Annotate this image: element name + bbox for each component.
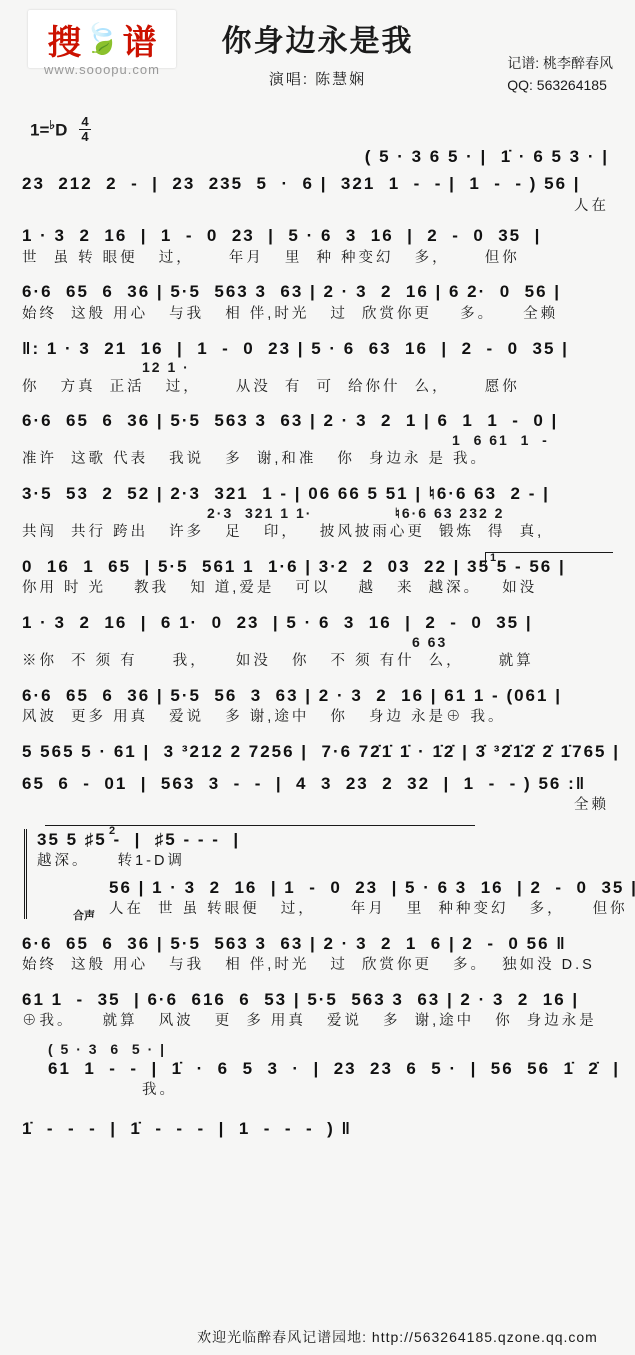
lyrics-row: 人在 世 虽 转眼便 过， 年月 里 种种变幻 多， 但你 [109,900,627,919]
notes-row: 56 | 1 · 3 2 16 | 1 - 0 23 | 5 · 6 3 16 … [109,877,627,898]
lyrics-row: 风波 更多 用真 爱说 多 谢,途中 你 身边 永是⊕ 我。 [22,708,627,727]
transcriber-qq: QQ: 563264185 [507,74,613,96]
harmony-label: 合声 [73,907,95,923]
notes-row: 1 · 3 2 16 | 6 1· 0 23 | 5 · 6 3 16 | 2 … [22,612,627,633]
second-voice-row: 6 63 [412,634,627,651]
notation-line: 5 565 5 · 61 | 3 ³212 2 7256 | 7·6 72̇1̇… [22,741,627,762]
lyrics-row: ⊕我。 就算 风波 更 多 用真 爱说 多 谢,途中 你 身边永是 [22,1012,627,1031]
leaf-icon: 🍃 [81,19,124,60]
notation-line: 23 212 2 - | 23 235 5 · 6 | 321 1 - - | … [22,173,627,215]
notes-row: 65 6 - 01 | 563 3 - - | 4 3 23 2 32 | 1 … [22,773,627,794]
notation-line: 1̇ - - - | 1̇ - - - | 1 - - - ) ‖ [22,1118,627,1139]
notes-row: ( 5 · 3 6 5 · | 1̇ · 6 5 3 · | [22,146,627,167]
logo-url: www.sooopu.com [28,62,176,77]
notes-row: 6·6 65 6 36 | 5·5 563 3 63 | 2 · 3 2 16 … [22,281,627,302]
lyrics-row: 世 虽 转 眼便 过， 年月 里 种 种变幻 多， 但你 [22,249,627,268]
notes-row: 61 1 - 35 | 6·6 616 6 53 | 5·5 563 3 63 … [22,989,627,1010]
lyrics-row: 你 方真 正活 过， 从没 有 可 给你什 么， 愿你 [22,378,627,397]
notes-row: ‖: 1 · 3 21 16 | 1 - 0 23 | 5 · 6 63 16 … [22,338,627,359]
lyrics-row: 始终 这般 用心 与我 相 伴,时光 过 欣赏你更 多。 全赖 [22,305,627,324]
lyrics-row: 准许 这歌 代表 我说 多 谢,和准 你 身边永 是 我。 [22,450,627,469]
notes-row: 61 1 - - | 1̇ · 6 5 3 · | 23 23 6 5 · | … [48,1058,627,1079]
second-voice-row: 2·3 321 1 1· ♮6·6 63 232 2 [207,505,627,522]
lyrics-row: 共闯 共行 跨出 许多 足 印， 披风披雨心更 锻炼 得 真, [22,523,627,542]
notation-line: 1 · 3 2 16 | 1 - 0 23 | 5 · 6 3 16 | 2 -… [22,225,627,267]
lyrics-row: 人在 [22,197,627,216]
logo-char-left: 搜 [47,15,81,64]
notation-line: ‖: 1 · 3 21 16 | 1 - 0 23 | 5 · 6 63 16 … [22,338,627,397]
notation-line: ( 5 · 3 6 5 · | 61 1 - - | 1̇ · 6 5 3 · … [22,1041,627,1100]
notation-line: 65 6 - 01 | 563 3 - - | 4 3 23 2 32 | 1 … [22,773,627,815]
footer-site-text: 欢迎光临醉春风记谱园地: http://563264185.qzone.qq.c… [0,1327,635,1347]
notation-line: 6·6 65 6 36 | 5·5 563 3 63 | 2 · 3 2 16 … [22,281,627,323]
first-ending-bracket: 1 [485,552,613,564]
notes-row: 3·5 53 2 52 | 2·3 321 1 - | 06 66 5 51 |… [22,483,627,504]
notation-line: 1 0 16 1 65 | 5·5 561 1 1·6 | 3·2 2 03 2… [22,556,627,598]
lyrics-row: 全赖 [22,796,627,815]
notation-line: 1 · 3 2 16 | 6 1· 0 23 | 5 · 6 3 16 | 2 … [22,612,627,671]
notation-line: 合声 56 | 1 · 3 2 16 | 1 - 0 23 | 5 · 6 3 … [37,877,627,919]
notation-line: 61 1 - 35 | 6·6 616 6 53 | 5·5 563 3 63 … [22,989,627,1031]
key-tonic: 1=♭D [30,118,67,141]
lyrics-row: 我。 [142,1081,627,1100]
notation-line: 3·5 53 2 52 | 2·3 321 1 - | 06 66 5 51 |… [22,483,627,542]
lyrics-row: ※你 不 须 有 我， 如没 你 不 须 有什 么， 就算 [22,652,627,671]
notation-line: 6·6 65 6 36 | 5·5 56 3 63 | 2 · 3 2 16 |… [22,685,627,727]
logo-char-right: 谱 [123,15,157,64]
notes-row: 6·6 65 6 36 | 5·5 56 3 63 | 2 · 3 2 16 |… [22,685,627,706]
notes-row: 1 · 3 2 16 | 1 - 0 23 | 5 · 6 3 16 | 2 -… [22,225,627,246]
second-voice-row: 12 1 · [142,359,627,376]
sooopu-logo[interactable]: 搜 🍃 谱 [28,10,176,68]
transcriber-credits: 记谱: 桃李醉春风 QQ: 563264185 [507,52,613,97]
lyrics-row: 你用 时 光 教我 知 道,爱是 可以 越 来 越深。 如没 [22,579,627,598]
lyrics-row: 始终 这般 用心 与我 相 伴,时光 过 欣赏你更 多。 独如没 D.S [22,956,627,975]
notation-line: ( 5 · 3 6 5 · | 1̇ · 6 5 3 · | [22,146,627,167]
notation-line: 6·6 65 6 36 | 5·5 563 3 63 | 2 · 3 2 1 |… [22,410,627,469]
pickup-row: ( 5 · 3 6 5 · | [48,1041,627,1058]
score: ( 5 · 3 6 5 · | 1̇ · 6 5 3 · | 23 212 2 … [0,146,635,1139]
second-ending-bracket: 2 [45,825,475,837]
notes-row: 6·6 65 6 36 | 5·5 563 3 63 | 2 · 3 2 1 |… [22,410,627,431]
notation-line: 6·6 65 6 36 | 5·5 563 3 63 | 2 · 3 2 1 6… [22,933,627,975]
key-signature: 1=♭D 4 4 [30,112,635,146]
volta-system-group: 2 35 5 ♯5 - | ♯5 - - - | 越深。 转1-D调 合声 56… [24,829,627,919]
transcriber-name: 记谱: 桃李醉春风 [507,52,613,74]
notes-row: 5 565 5 · 61 | 3 ³212 2 7256 | 7·6 72̇1̇… [22,741,627,762]
second-voice-row: 1 6 61 1 - [452,432,627,449]
notes-row: 1̇ - - - | 1̇ - - - | 1 - - - ) ‖ [22,1118,627,1139]
notation-line: 2 35 5 ♯5 - | ♯5 - - - | 越深。 转1-D调 [37,829,627,871]
lyrics-row: 越深。 转1-D调 [37,852,627,871]
header: 搜 🍃 谱 www.sooopu.com 你身边永是我 演唱: 陈慧娴 记谱: … [0,0,635,100]
time-signature: 4 4 [79,115,90,143]
notes-row: 6·6 65 6 36 | 5·5 563 3 63 | 2 · 3 2 1 6… [22,933,627,954]
notes-row: 23 212 2 - | 23 235 5 · 6 | 321 1 - - | … [22,173,627,194]
